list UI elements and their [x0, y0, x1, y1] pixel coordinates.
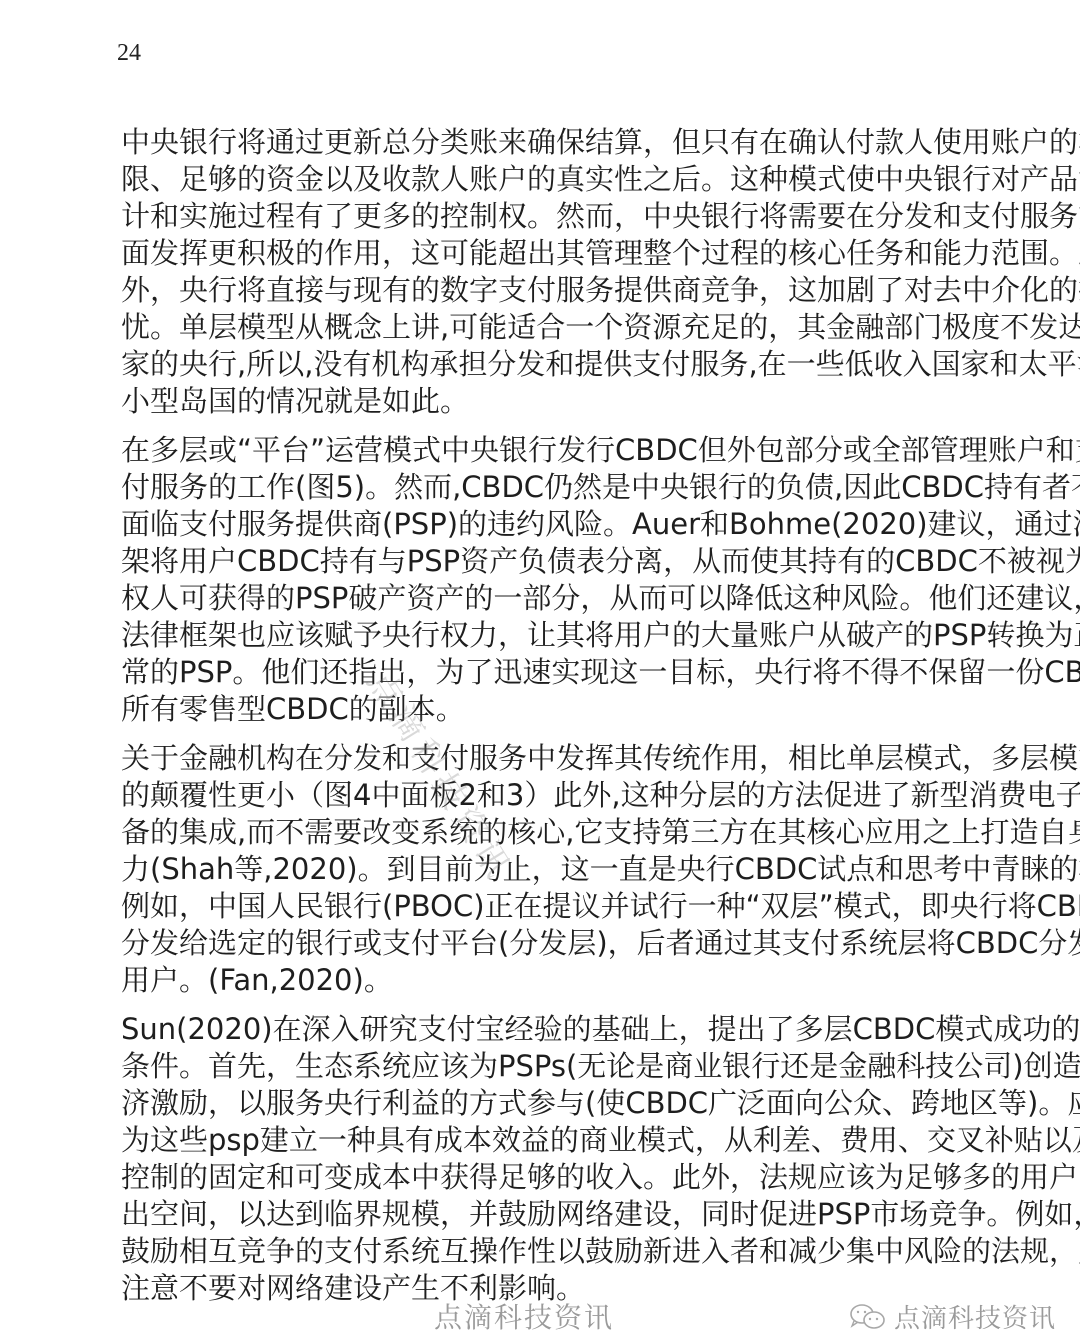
text-line: 面临支付服务提供商(PSP)的违约风险。Auer和Bohme(2020)建议，通…: [121, 506, 973, 543]
footer-watermark-text: 点滴科技资讯: [434, 1296, 614, 1336]
text-line: 例如，中国人民银行(PBOC)正在提议并试行一种“双层”模式，即央行将CBDC: [121, 888, 973, 925]
text-line: 所有零售型CBDC的副本。: [121, 691, 973, 728]
text-line: 分发给选定的银行或支付平台(分发层)，后者通过其支付系统层将CBDC分发给: [121, 925, 973, 962]
text-line: 出空间，以达到临界规模，并鼓励网络建设，同时促进PSP市场竞争。例如，: [121, 1196, 973, 1233]
text-line: 鼓励相互竞争的支付系统互操作性以鼓励新进入者和减少集中风险的法规，应: [121, 1233, 973, 1270]
text-line: 的颠覆性更小（图4中面板2和3）此外,这种分层的方法促进了新型消费电子设: [121, 777, 973, 814]
document-body: 中央银行将通过更新总分类账来确保结算，但只有在确认付款人使用账户的权 限、足够的…: [121, 124, 973, 1319]
footer-wechat-watermark: 点滴科技资讯: [848, 1298, 1056, 1335]
text-line: 家的央行,所以,没有机构承担分发和提供支付服务,在一些低收入国家和太平洋: [121, 346, 973, 383]
page-number: 24: [117, 40, 141, 67]
paragraph-financial-institutions-role: 关于金融机构在分发和支付服务中发挥其传统作用，相比单层模式，多层模式 的颠覆性更…: [121, 740, 973, 999]
text-line: 控制的固定和可变成本中获得足够的收入。此外，法规应该为足够多的用户留: [121, 1159, 973, 1196]
paragraph-sun-2020-preconditions: Sun(2020)在深入研究支付宝经验的基础上，提出了多层CBDC模式成功的前提…: [121, 1011, 973, 1307]
footer-watermark-account-name: 点滴科技资讯: [894, 1298, 1056, 1335]
text-line: 法律框架也应该赋予央行权力，让其将用户的大量账户从破产的PSP转换为正: [121, 617, 973, 654]
text-line: 外，央行将直接与现有的数字支付服务提供商竞争，这加剧了对去中介化的担: [121, 272, 973, 309]
text-line: 在多层或“平台”运营模式中央银行发行CBDC但外包部分或全部管理账户和支: [121, 432, 973, 469]
text-line: 备的集成,而不需要改变系统的核心,它支持第三方在其核心应用之上打造自身能: [121, 814, 973, 851]
text-line: 为这些psp建立一种具有成本效益的商业模式，从利差、费用、交叉补贴以及可: [121, 1122, 973, 1159]
text-line: 关于金融机构在分发和支付服务中发挥其传统作用，相比单层模式，多层模式: [121, 740, 973, 777]
text-line: Sun(2020)在深入研究支付宝经验的基础上，提出了多层CBDC模式成功的前提: [121, 1011, 973, 1048]
text-line: 架将用户CBDC持有与PSP资产负债表分离，从而使其持有的CBDC不被视为债: [121, 543, 973, 580]
text-line: 小型岛国的情况就是如此。: [121, 383, 973, 420]
text-line: 济激励，以服务央行利益的方式参与(使CBDC广泛面向公众、跨地区等)。应该: [121, 1085, 973, 1122]
text-line: 忧。单层模型从概念上讲,可能适合一个资源充足的，其金融部门极度不发达国: [121, 309, 973, 346]
text-line: 中央银行将通过更新总分类账来确保结算，但只有在确认付款人使用账户的权: [121, 124, 973, 161]
text-line: 条件。首先，生态系统应该为PSPs(无论是商业银行还是金融科技公司)创造经: [121, 1048, 973, 1085]
text-line: 限、足够的资金以及收款人账户的真实性之后。这种模式使中央银行对产品设: [121, 161, 973, 198]
text-line: 计和实施过程有了更多的控制权。然而，中央银行将需要在分发和支付服务方: [121, 198, 973, 235]
text-line: 权人可获得的PSP破产资产的一部分，从而可以降低这种风险。他们还建议，: [121, 580, 973, 617]
text-line: 力(Shah等,2020)。到目前为止，这一直是央行CBDC试点和思考中青睐的模…: [121, 851, 973, 888]
text-line: 常的PSP。他们还指出，为了迅速实现这一目标，央行将不得不保留一份CBDC: [121, 654, 973, 691]
wechat-icon: [848, 1302, 888, 1332]
text-line: 用户。(Fan,2020)。: [121, 962, 973, 999]
text-line: 付服务的工作(图5)。然而,CBDC仍然是中央银行的负债,因此CBDC持有者不会: [121, 469, 973, 506]
paragraph-single-tier-model: 中央银行将通过更新总分类账来确保结算，但只有在确认付款人使用账户的权 限、足够的…: [121, 124, 973, 420]
paragraph-multi-tier-platform-model: 在多层或“平台”运营模式中央银行发行CBDC但外包部分或全部管理账户和支 付服务…: [121, 432, 973, 728]
text-line: 面发挥更积极的作用，这可能超出其管理整个过程的核心任务和能力范围。此: [121, 235, 973, 272]
